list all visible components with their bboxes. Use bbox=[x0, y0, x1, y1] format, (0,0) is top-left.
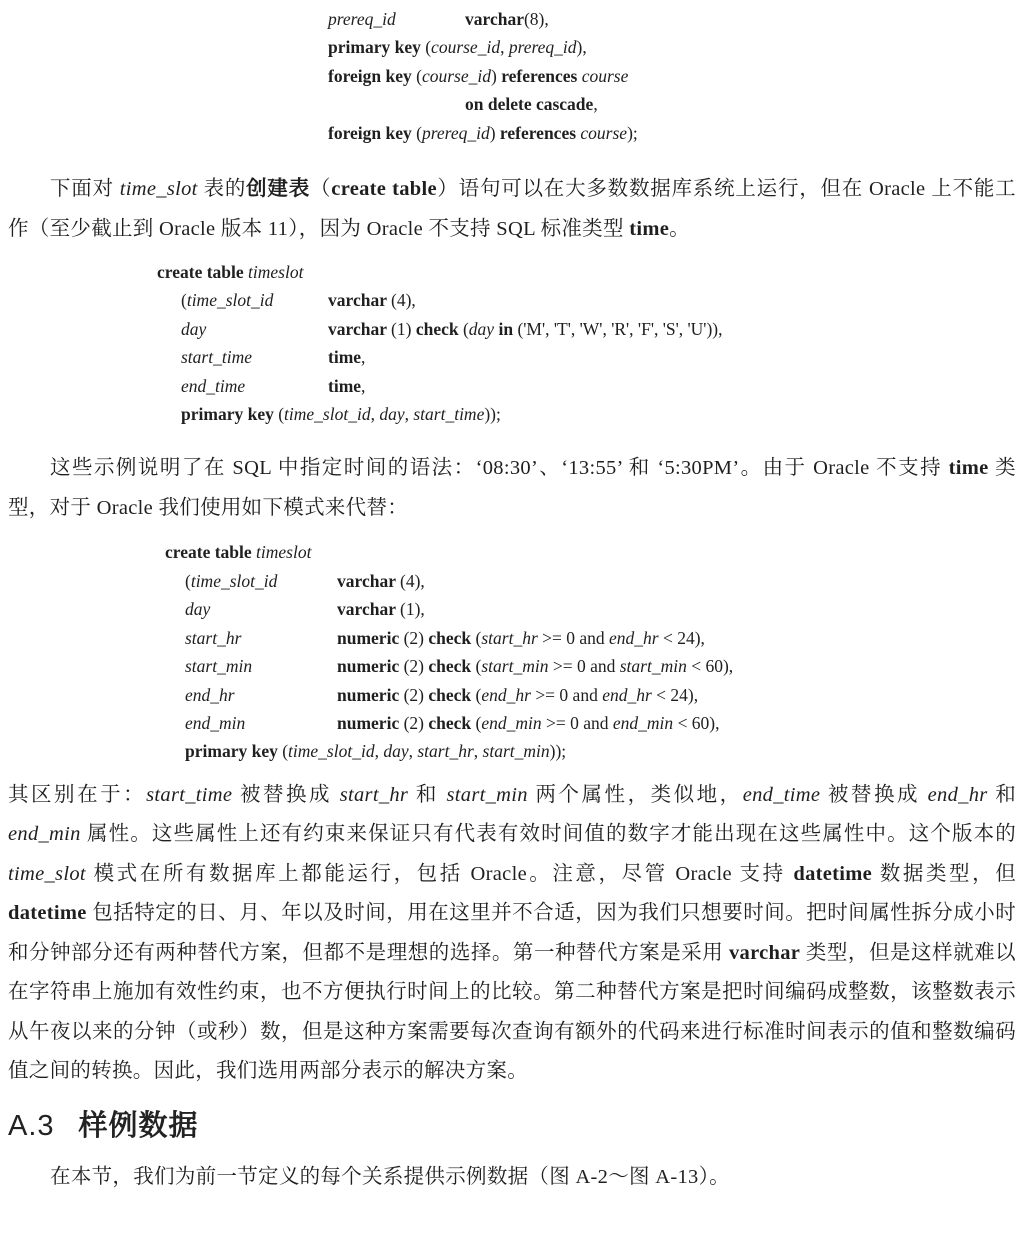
plain-text: (1) bbox=[391, 319, 416, 339]
keyword-text: in bbox=[498, 319, 517, 339]
plain-text: 和 bbox=[408, 784, 446, 806]
plain-text: (4), bbox=[391, 290, 416, 310]
identifier-text: prereq_id bbox=[509, 37, 577, 57]
plain-text: >= 0 and bbox=[542, 713, 613, 733]
identifier-text: start_min bbox=[447, 784, 528, 806]
identifier-text: timeslot bbox=[248, 262, 303, 282]
code-line: start_timetime, bbox=[157, 343, 1016, 371]
identifier-text: start_min bbox=[481, 656, 548, 676]
plain-text: , bbox=[361, 376, 365, 396]
code-line: prereq_idvarchar(8), bbox=[328, 5, 1016, 33]
identifier-text: course_id bbox=[431, 37, 500, 57]
attribute-name-column: end_hr bbox=[185, 681, 337, 709]
attribute-name-column: day bbox=[185, 595, 337, 623]
identifier-text: time_slot_id bbox=[284, 404, 371, 424]
identifier-text: time_slot_id bbox=[191, 571, 278, 591]
attribute-name-column: end_min bbox=[185, 709, 337, 737]
section-number: A.3 bbox=[8, 1110, 55, 1142]
code-line: dayvarchar (1), bbox=[165, 595, 1016, 623]
identifier-text: day bbox=[181, 319, 206, 339]
paragraph-time-syntax: 这些示例说明了在 SQL 中指定时间的语法：‘08:30’、‘13:55’ 和 … bbox=[8, 448, 1016, 528]
identifier-text: end_hr bbox=[185, 685, 235, 705]
code-line: (time_slot_idvarchar (4), bbox=[165, 567, 1016, 595]
keyword-text: create table bbox=[331, 178, 437, 200]
identifier-text: end_min bbox=[185, 713, 245, 733]
plain-text: < 60), bbox=[673, 713, 719, 733]
plain-text: 。 bbox=[669, 218, 690, 240]
plain-text: 被替换成 bbox=[232, 784, 339, 806]
attribute-type-column: numeric (2) check (start_min >= 0 and st… bbox=[337, 656, 733, 676]
identifier-text: prereq_id bbox=[422, 123, 490, 143]
keyword-text: primary key bbox=[181, 404, 278, 424]
identifier-text: start_time bbox=[413, 404, 484, 424]
keyword-text: varchar bbox=[337, 571, 400, 591]
keyword-text: check bbox=[416, 319, 463, 339]
keyword-text: time bbox=[328, 347, 361, 367]
identifier-text: course bbox=[582, 66, 629, 86]
plain-text: 下面对 bbox=[50, 178, 120, 200]
code-line: start_minnumeric (2) check (start_min >=… bbox=[165, 652, 1016, 680]
identifier-text: start_time bbox=[181, 347, 252, 367]
keyword-text: foreign key bbox=[328, 123, 416, 143]
plain-text: ('M', 'T', 'W', 'R', 'F', 'S', 'U')), bbox=[517, 319, 722, 339]
code-line: primary key (time_slot_id, day, start_ti… bbox=[157, 400, 1016, 428]
plain-text: 这些示例说明了在 SQL 中指定时间的语法：‘08:30’、‘13:55’ 和 … bbox=[50, 457, 949, 479]
identifier-text: start_min bbox=[185, 656, 252, 676]
plain-text: (2) bbox=[404, 713, 429, 733]
plain-text: ), bbox=[577, 37, 587, 57]
identifier-text: end_min bbox=[8, 823, 81, 845]
identifier-text: day bbox=[383, 741, 408, 761]
identifier-text: end_hr bbox=[602, 685, 652, 705]
identifier-text: end_hr bbox=[609, 628, 659, 648]
paragraph-time-slot-discussion: 其区别在于：start_time 被替换成 start_hr 和 start_m… bbox=[8, 776, 1016, 1092]
plain-text: >= 0 and bbox=[538, 628, 609, 648]
identifier-text: timeslot bbox=[256, 542, 311, 562]
keyword-text: create table bbox=[165, 542, 256, 562]
plain-text: 表的 bbox=[198, 178, 246, 200]
plain-text: ) bbox=[491, 66, 501, 86]
keyword-text: numeric bbox=[337, 685, 404, 705]
keyword-text: primary key bbox=[328, 37, 425, 57]
identifier-text: time_slot_id bbox=[187, 290, 274, 310]
plain-text: 两个属性，类似地， bbox=[528, 784, 743, 806]
keyword-text: datetime bbox=[793, 863, 872, 885]
plain-text: < 24), bbox=[652, 685, 698, 705]
identifier-text: prereq_id bbox=[328, 9, 396, 29]
code-line: primary key (course_id, prereq_id), bbox=[328, 33, 1016, 61]
plain-text: (2) bbox=[404, 656, 429, 676]
plain-text: 其区别在于： bbox=[8, 784, 146, 806]
identifier-text: course bbox=[580, 123, 627, 143]
identifier-text: start_min bbox=[620, 656, 687, 676]
code-line: foreign key (prereq_id) references cours… bbox=[328, 119, 1016, 147]
identifier-text: start_min bbox=[483, 741, 550, 761]
code-line: end_hrnumeric (2) check (end_hr >= 0 and… bbox=[165, 681, 1016, 709]
plain-text: (2) bbox=[404, 685, 429, 705]
identifier-text: day bbox=[469, 319, 499, 339]
keyword-text: datetime bbox=[8, 902, 87, 924]
keyword-text: varchar bbox=[328, 319, 391, 339]
identifier-text: day bbox=[379, 404, 404, 424]
plain-text: (8), bbox=[524, 9, 549, 29]
attribute-type-column: varchar (1), bbox=[337, 599, 425, 619]
plain-text: , bbox=[593, 94, 597, 114]
code-line: primary key (time_slot_id, day, start_hr… bbox=[165, 737, 1016, 765]
plain-text: >= 0 and bbox=[531, 685, 602, 705]
plain-text: , bbox=[500, 37, 509, 57]
keyword-text: numeric bbox=[337, 713, 404, 733]
attribute-name-column: day bbox=[181, 315, 328, 343]
attribute-type-column: numeric (2) check (end_hr >= 0 and end_h… bbox=[337, 685, 698, 705]
plain-text: （ bbox=[310, 178, 331, 200]
keyword-text: references bbox=[501, 66, 582, 86]
keyword-text: time bbox=[328, 376, 361, 396]
code-line: start_hrnumeric (2) check (start_hr >= 0… bbox=[165, 624, 1016, 652]
code-line: create table timeslot bbox=[165, 538, 1016, 566]
identifier-text: end_time bbox=[181, 376, 245, 396]
identifier-text: end_hr bbox=[928, 784, 988, 806]
identifier-text: end_time bbox=[743, 784, 821, 806]
keyword-text: varchar bbox=[729, 942, 800, 964]
plain-text: 和 bbox=[988, 784, 1016, 806]
plain-text: 属性。这些属性上还有约束来保证只有代表有效时间值的数字才能出现在这些属性中。这个… bbox=[81, 823, 1016, 845]
identifier-text: course_id bbox=[422, 66, 491, 86]
identifier-text: start_hr bbox=[481, 628, 537, 648]
attribute-name-column: (time_slot_id bbox=[185, 567, 337, 595]
plain-text: )); bbox=[484, 404, 501, 424]
plain-text: 数据类型，但 bbox=[872, 863, 1016, 885]
identifier-text: end_min bbox=[613, 713, 673, 733]
keyword-text: foreign key bbox=[328, 66, 416, 86]
code-line: (time_slot_idvarchar (4), bbox=[157, 286, 1016, 314]
keyword-text: time bbox=[949, 457, 989, 479]
plain-text: 被替换成 bbox=[820, 784, 927, 806]
plain-text: >= 0 and bbox=[548, 656, 619, 676]
section-title: 样例数据 bbox=[79, 1110, 199, 1142]
attribute-type-column: varchar(8), bbox=[465, 9, 549, 29]
code-line: on delete cascade, bbox=[328, 90, 1016, 118]
keyword-text: numeric bbox=[337, 628, 404, 648]
identifier-text: start_time bbox=[146, 784, 232, 806]
attribute-name-column: start_min bbox=[185, 652, 337, 680]
identifier-text: start_hr bbox=[340, 784, 408, 806]
paragraph-sample-data-intro: 在本节，我们为前一节定义的每个关系提供示例数据（图 A-2～图 A-13）。 bbox=[8, 1157, 1016, 1197]
plain-text: 在本节，我们为前一节定义的每个关系提供示例数据（图 A-2～图 A-13）。 bbox=[50, 1166, 730, 1188]
plain-text: (4), bbox=[400, 571, 425, 591]
attribute-name-column: start_hr bbox=[185, 624, 337, 652]
attribute-type-column: varchar (4), bbox=[328, 290, 416, 310]
plain-text: , bbox=[361, 347, 365, 367]
code-line: end_minnumeric (2) check (end_min >= 0 a… bbox=[165, 709, 1016, 737]
identifier-text: end_min bbox=[481, 713, 541, 733]
sql-code-prereq-continuation: prereq_idvarchar(8),primary key (course_… bbox=[328, 5, 1016, 147]
textbook-page: prereq_idvarchar(8),primary key (course_… bbox=[0, 0, 1024, 1233]
code-line: create table timeslot bbox=[157, 258, 1016, 286]
keyword-text: 创建表 bbox=[246, 178, 310, 200]
plain-text: (1), bbox=[400, 599, 425, 619]
code-line: dayvarchar (1) check (day in ('M', 'T', … bbox=[157, 315, 1016, 343]
attribute-type-column: time, bbox=[328, 376, 365, 396]
attribute-type-column: time, bbox=[328, 347, 365, 367]
attribute-type-column: varchar (4), bbox=[337, 571, 425, 591]
keyword-text: numeric bbox=[337, 656, 404, 676]
plain-text: , bbox=[474, 741, 483, 761]
attribute-type-column: varchar (1) check (day in ('M', 'T', 'W'… bbox=[328, 319, 722, 339]
section-heading: A.3样例数据 bbox=[8, 1103, 1016, 1144]
identifier-text: time_slot bbox=[8, 863, 86, 885]
keyword-text: check bbox=[428, 656, 475, 676]
keyword-text: create table bbox=[157, 262, 248, 282]
plain-text: )); bbox=[550, 741, 567, 761]
sql-create-table-timeslot-standard: create table timeslot(time_slot_idvarcha… bbox=[157, 258, 1016, 428]
attribute-type-column: numeric (2) check (end_min >= 0 and end_… bbox=[337, 713, 720, 733]
plain-text: (2) bbox=[404, 628, 429, 648]
sql-create-table-timeslot-oracle: create table timeslot(time_slot_idvarcha… bbox=[165, 538, 1016, 765]
keyword-text: varchar bbox=[328, 290, 391, 310]
keyword-text: varchar bbox=[337, 599, 400, 619]
code-line: foreign key (course_id) references cours… bbox=[328, 62, 1016, 90]
identifier-text: time_slot_id bbox=[288, 741, 375, 761]
identifier-text: start_hr bbox=[417, 741, 473, 761]
plain-text: ); bbox=[627, 123, 638, 143]
paragraph-create-table-note: 下面对 time_slot 表的创建表（create table）语句可以在大多… bbox=[8, 169, 1016, 249]
plain-text: 模式在所有数据库上都能运行，包括 Oracle。注意，尽管 Oracle 支持 bbox=[86, 863, 794, 885]
identifier-text: day bbox=[185, 599, 210, 619]
keyword-text: check bbox=[428, 685, 475, 705]
plain-text: < 60), bbox=[687, 656, 733, 676]
attribute-type-column: numeric (2) check (start_hr >= 0 and end… bbox=[337, 628, 705, 648]
plain-text: ) bbox=[490, 123, 500, 143]
attribute-name-column: prereq_id bbox=[328, 5, 465, 33]
identifier-text: end_hr bbox=[481, 685, 531, 705]
keyword-text: check bbox=[428, 713, 475, 733]
keyword-text: time bbox=[629, 218, 669, 240]
keyword-text: references bbox=[500, 123, 581, 143]
identifier-text: start_hr bbox=[185, 628, 241, 648]
keyword-text: on delete cascade bbox=[465, 94, 593, 114]
attribute-name-column: start_time bbox=[181, 343, 328, 371]
code-line: end_timetime, bbox=[157, 372, 1016, 400]
identifier-text: time_slot bbox=[120, 178, 198, 200]
attribute-name-column: end_time bbox=[181, 372, 328, 400]
plain-text: < 24), bbox=[659, 628, 705, 648]
keyword-text: check bbox=[428, 628, 475, 648]
keyword-text: varchar bbox=[465, 9, 524, 29]
attribute-name-column: (time_slot_id bbox=[181, 286, 328, 314]
keyword-text: primary key bbox=[185, 741, 282, 761]
